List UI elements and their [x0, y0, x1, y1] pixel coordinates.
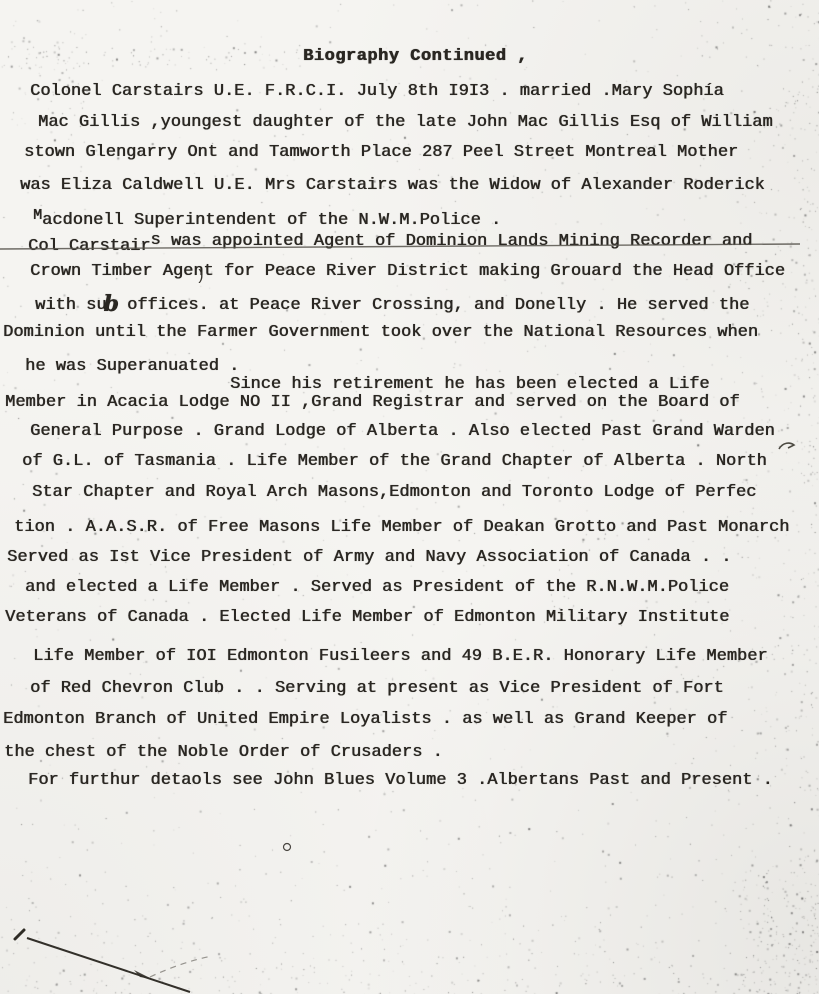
typed-line: of Red Chevron Club . . Serving at prese… — [30, 679, 724, 699]
typed-line: General Purpose . Grand Lodge of Alberta… — [30, 422, 775, 442]
check-mark — [15, 930, 24, 939]
typed-line-macdonell: Macdonell Superintendent of the N.W.M.Po… — [33, 211, 501, 231]
typed-line: Crown Timber Agent for Peace River Distr… — [30, 262, 785, 282]
document-title: Biography Continued , — [303, 47, 528, 67]
scanned-document-page: Biography Continued , Colonel Carstairs … — [0, 0, 819, 994]
handwritten-overstrike-letter: b — [103, 291, 118, 317]
typed-line: Veterans of Canada . Elected Life Member… — [5, 608, 729, 628]
typed-line: he was Superanuated . — [25, 357, 239, 377]
typed-line-text: was appointed Agent of Dominion Lands Mi… — [161, 232, 753, 251]
typed-line: Served as Ist Vice President of Army and… — [7, 548, 731, 568]
faint-dashed-curve — [150, 956, 212, 977]
typed-line: of G.L. of Tasmania . Life Member of the… — [22, 452, 767, 472]
typed-line-text: with su — [35, 296, 106, 315]
typed-line: Star Chapter and Royal Arch Masons,Edmon… — [32, 483, 756, 503]
typed-line: Life Member of IOI Edmonton Fusileers an… — [33, 647, 768, 667]
typed-line: tion . A.A.S.R. of Free Masons Life Memb… — [14, 518, 789, 538]
circle-mark — [284, 844, 291, 851]
typed-line: and elected a Life Member . Served as Pr… — [25, 578, 729, 598]
typed-line: Mac Gillis ,youngest daughter of the lat… — [38, 113, 773, 133]
typed-line-suboffices: with sub offices. at Peace River Crossin… — [35, 292, 749, 316]
typed-line: the chest of the Noble Order of Crusader… — [4, 743, 443, 763]
typed-line: Dominion until the Farmer Government too… — [3, 323, 758, 343]
typed-line: Colonel Carstairs U.E. F.R.C.I. July 8th… — [30, 82, 724, 102]
typed-line-carstairs: Col Carstairs was appointed Agent of Dom… — [28, 237, 752, 257]
arrowhead-mark — [134, 970, 152, 979]
typed-line: Member in Acacia Lodge NO II ,Grand Regi… — [5, 393, 740, 413]
pencil-diagonal-line — [27, 938, 190, 992]
raised-initial-letter: M — [33, 207, 42, 224]
typed-line-text: acdonell Superintendent of the N.W.M.Pol… — [42, 211, 501, 230]
stray-paren-mark: ) — [196, 268, 205, 285]
typed-line-text: offices. at Peace River Crossing, and Do… — [117, 296, 750, 315]
typed-line-text: Col Carstair — [28, 237, 150, 256]
typed-line: Edmonton Branch of United Empire Loyalis… — [3, 710, 727, 730]
typed-line: For furthur detaols see John Blues Volum… — [28, 771, 773, 791]
typed-line: was Eliza Caldwell U.E. Mrs Carstairs wa… — [20, 176, 765, 196]
superscript-letter: s — [150, 231, 160, 250]
typed-line: Since his retirement he has been elected… — [230, 375, 709, 395]
squiggle-mark — [779, 443, 794, 449]
typed-line: stown Glengarry Ont and Tamworth Place 2… — [24, 143, 738, 163]
